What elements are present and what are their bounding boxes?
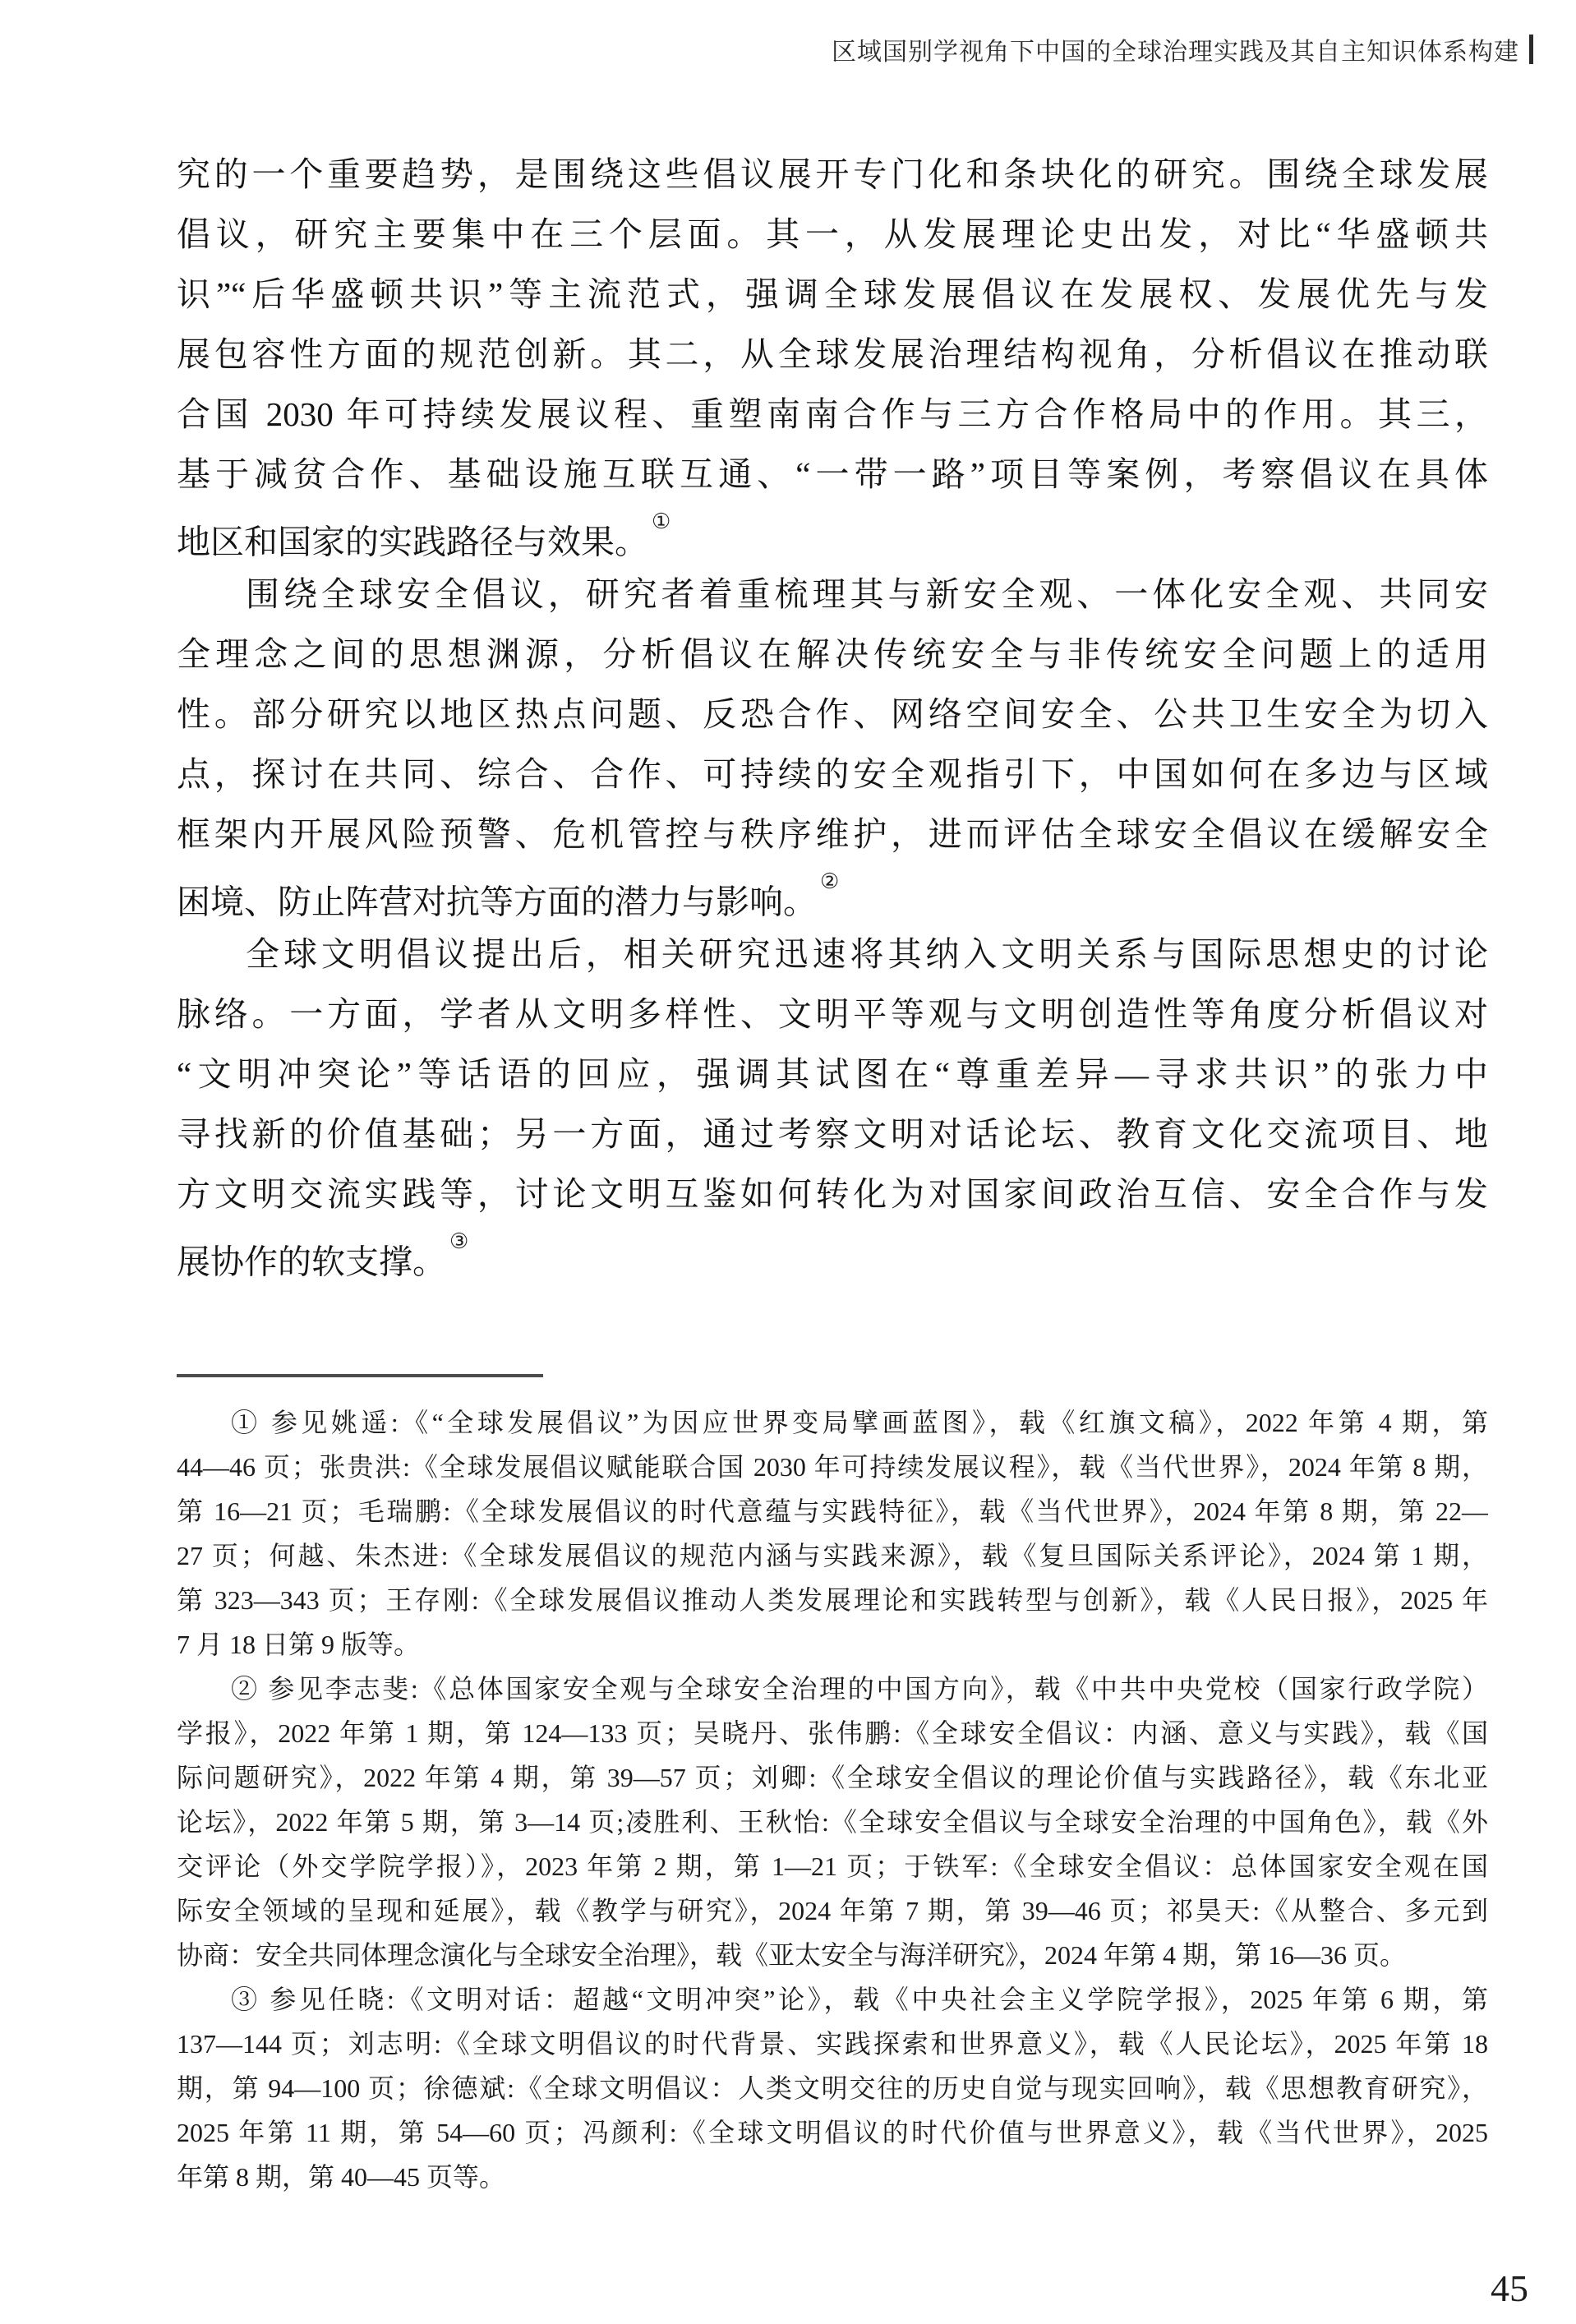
footnote-line: ① 参见姚遥:《“全球发展倡议”为因应世界变局擘画蓝图》，载《红旗文稿》，202… bbox=[177, 1400, 1488, 1445]
footnote-line: ③ 参见任晓:《文明对话：超越“文明冲突”论》，载《中央社会主义学院学报》，20… bbox=[177, 1977, 1488, 2022]
body-line: 究的一个重要趋势，是围绕这些倡议展开专门化和条块化的研究。围绕全球发展 bbox=[177, 145, 1488, 205]
body-line: 全球文明倡议提出后，相关研究迅速将其纳入文明关系与国际思想史的讨论 bbox=[177, 925, 1488, 984]
footnote-line: 第 16—21 页；毛瑞鹏:《全球发展倡议的时代意蕴与实践特征》，载《当代世界》… bbox=[177, 1489, 1488, 1533]
footnote-line: 际问题研究》，2022 年第 4 期，第 39—57 页；刘卿:《全球安全倡议的… bbox=[177, 1755, 1488, 1800]
page-header: 区域国别学视角下中国的全球治理实践及其自主知识体系构建 bbox=[832, 31, 1533, 67]
body-line: 脉络。一方面，学者从文明多样性、文明平等观与文明创造性等角度分析倡议对 bbox=[177, 984, 1488, 1044]
footnotes-section: ① 参见姚遥:《“全球发展倡议”为因应世界变局擘画蓝图》，载《红旗文稿》，202… bbox=[177, 1374, 1488, 2199]
body-line: 基于减贫合作、基础设施互联互通、“一带一路”项目等案例，考察倡议在具体 bbox=[177, 445, 1488, 505]
body-line: 展协作的软支撑。③ bbox=[177, 1224, 1488, 1284]
footnote-ref: ② bbox=[820, 869, 839, 893]
body-line: 框架内开展风险预警、危机管控与秩序维护，进而评估全球安全倡议在缓解安全 bbox=[177, 805, 1488, 865]
footnote-line: 年第 8 期，第 40—45 页等。 bbox=[177, 2155, 1488, 2199]
body-line: 困境、防止阵营对抗等方面的潜力与影响。② bbox=[177, 865, 1488, 925]
footnote-line: 交评论（外交学院学报）》，2023 年第 2 期，第 1—21 页；于铁军:《全… bbox=[177, 1844, 1488, 1888]
running-title: 区域国别学视角下中国的全球治理实践及其自主知识体系构建 bbox=[832, 31, 1519, 67]
body-line: 地区和国家的实践路径与效果。① bbox=[177, 505, 1488, 565]
body-line: 倡议，研究主要集中在三个层面。其一，从发展理论史出发，对比“华盛顿共 bbox=[177, 205, 1488, 265]
body-line: 全理念之间的思想渊源，分析倡议在解决传统安全与非传统安全问题上的适用 bbox=[177, 625, 1488, 685]
body-line: 性。部分研究以地区热点问题、反恐合作、网络空间安全、公共卫生安全为切入 bbox=[177, 685, 1488, 745]
footnote-line: 际安全领域的呈现和延展》，载《教学与研究》，2024 年第 7 期，第 39—4… bbox=[177, 1888, 1488, 1933]
body-line: “文明冲突论”等话语的回应，强调其试图在“尊重差异—寻求共识”的张力中 bbox=[177, 1044, 1488, 1104]
body-line: 合国 2030 年可持续发展议程、重塑南南合作与三方合作格局中的作用。其三， bbox=[177, 385, 1488, 445]
body-line-text: 展协作的软支撑。 bbox=[177, 1243, 446, 1281]
body-line: 围绕全球安全倡议，研究者着重梳理其与新安全观、一体化安全观、共同安 bbox=[177, 565, 1488, 625]
body-line-text: 地区和国家的实践路径与效果。 bbox=[177, 523, 648, 561]
footnote-line: 学报》，2022 年第 1 期，第 124—133 页；吴晓丹、张伟鹏:《全球安… bbox=[177, 1711, 1488, 1755]
footnote-line: 第 323—343 页；王存刚:《全球发展倡议推动人类发展理论和实践转型与创新》… bbox=[177, 1578, 1488, 1622]
page: 区域国别学视角下中国的全球治理实践及其自主知识体系构建 究的一个重要趋势，是围绕… bbox=[0, 0, 1576, 2324]
body-line: 寻找新的价值基础；另一方面，通过考察文明对话论坛、教育文化交流项目、地 bbox=[177, 1104, 1488, 1164]
body-line-text: 困境、防止阵营对抗等方面的潜力与影响。 bbox=[177, 883, 817, 921]
body-line: 展包容性方面的规范创新。其二，从全球发展治理结构视角，分析倡议在推动联 bbox=[177, 325, 1488, 385]
footnote-line: 协商：安全共同体理念演化与全球安全治理》，载《亚太安全与海洋研究》，2024 年… bbox=[177, 1933, 1488, 1977]
footnote-ref: ① bbox=[652, 510, 670, 533]
footnote-line: ② 参见李志斐:《总体国家安全观与全球安全治理的中国方向》，载《中共中央党校（国… bbox=[177, 1667, 1488, 1711]
footnote-line: 论坛》，2022 年第 5 期，第 3—14 页;凌胜利、王秋怡:《全球安全倡议… bbox=[177, 1800, 1488, 1844]
footnote-line: 期，第 94—100 页；徐德斌:《全球文明倡议：人类文明交往的历史自觉与现实回… bbox=[177, 2066, 1488, 2110]
footnotes-list: ① 参见姚遥:《“全球发展倡议”为因应世界变局擘画蓝图》，载《红旗文稿》，202… bbox=[177, 1400, 1488, 2199]
footnote-line: 27 页；何越、朱杰进:《全球发展倡议的规范内涵与实践来源》，载《复旦国际关系评… bbox=[177, 1533, 1488, 1578]
page-number: 45 bbox=[1491, 2266, 1528, 2310]
footnote-ref: ③ bbox=[449, 1229, 468, 1253]
footnote-line: 44—46 页；张贵洪:《全球发展倡议赋能联合国 2030 年可持续发展议程》，… bbox=[177, 1445, 1488, 1489]
body-line: 点，探讨在共同、综合、合作、可持续的安全观指引下，中国如何在多边与区域 bbox=[177, 745, 1488, 805]
body-line: 识”“后华盛顿共识”等主流范式，强调全球发展倡议在发展权、发展优先与发 bbox=[177, 265, 1488, 325]
article-body: 究的一个重要趋势，是围绕这些倡议展开专门化和条块化的研究。围绕全球发展倡议，研究… bbox=[177, 145, 1488, 1284]
footnote-separator bbox=[177, 1374, 543, 1377]
body-line: 方文明交流实践等，讨论文明互鉴如何转化为对国家间政治互信、安全合作与发 bbox=[177, 1164, 1488, 1224]
footnote-line: 7 月 18 日第 9 版等。 bbox=[177, 1622, 1488, 1667]
footnote-line: 2025 年第 11 期，第 54—60 页；冯颜利:《全球文明倡议的时代价值与… bbox=[177, 2110, 1488, 2155]
header-divider-bar bbox=[1529, 35, 1533, 64]
footnote-line: 137—144 页；刘志明:《全球文明倡议的时代背景、实践探索和世界意义》，载《… bbox=[177, 2022, 1488, 2066]
